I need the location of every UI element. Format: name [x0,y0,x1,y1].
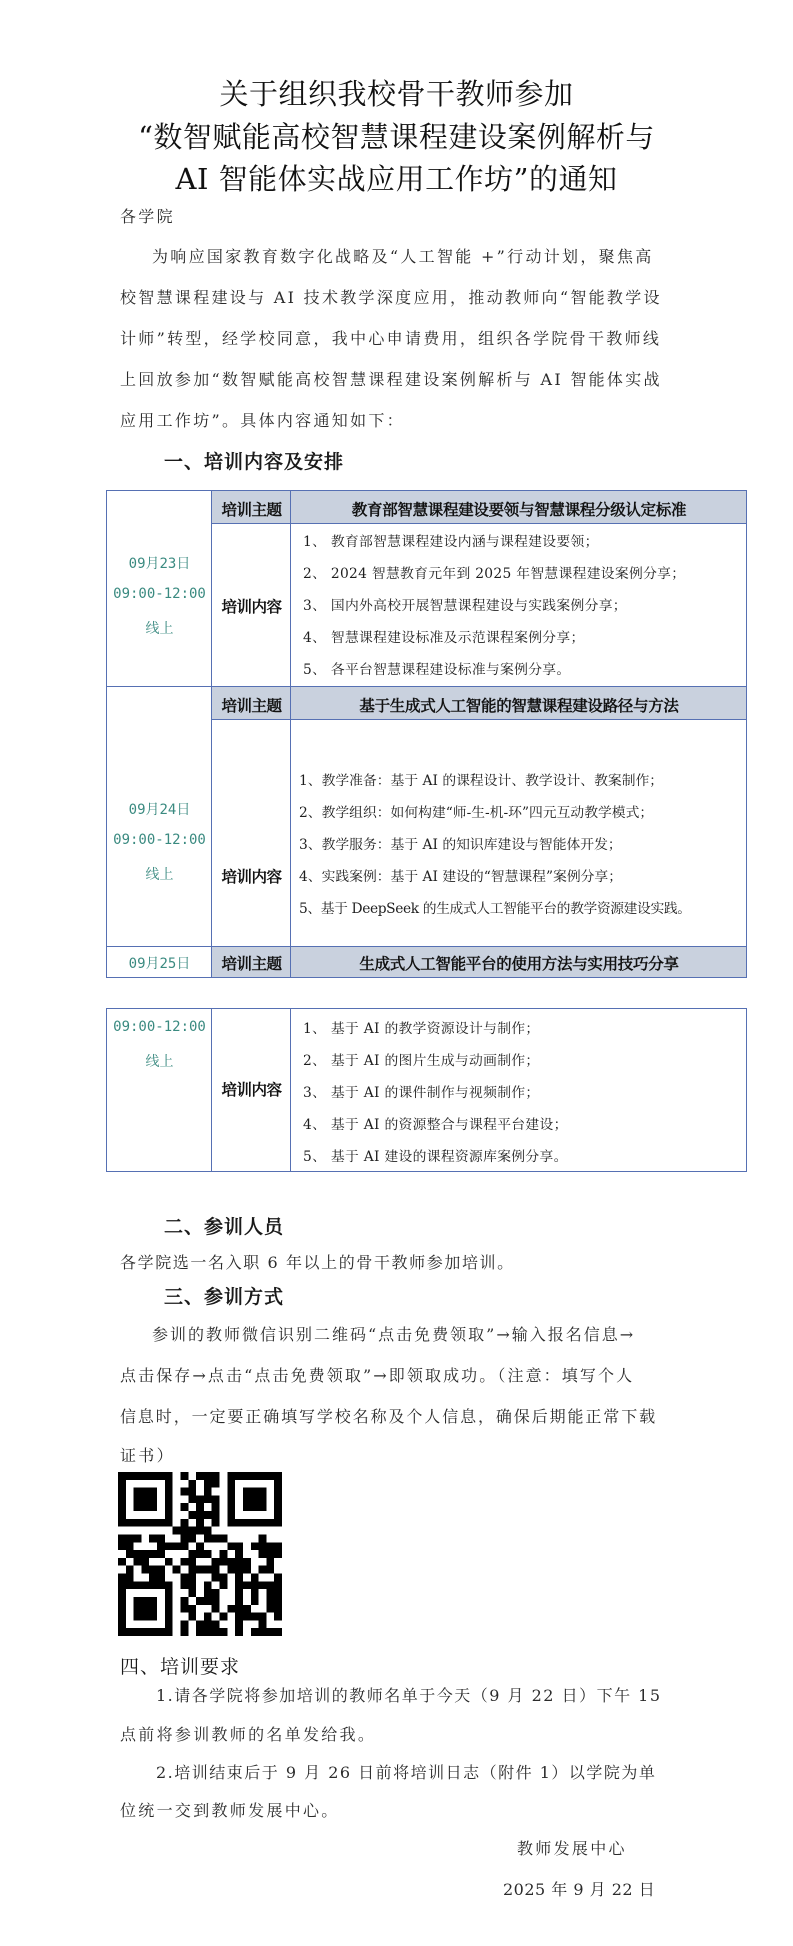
section3-heading: 三、参训方式 [164,1282,284,1309]
section1-heading: 一、培训内容及安排 [164,447,344,474]
session-time: 09:00-12:00 [107,832,212,848]
col-divider [290,491,292,686]
content-item: 2、教学组织：如何构建“师-生-机-环”四元互动教学模式； [299,801,653,821]
schedule-table: 培训主题 教育部智慧课程建设要领与智慧课程分级认定标准 09月23日 09:00… [106,490,747,978]
session-date: 09月25日 [107,953,212,973]
content-label: 培训内容 [212,595,291,617]
content-item: 5、 基于 AI 建设的课程资源库案例分享。 [303,1145,568,1165]
content-list: 1、教学准备：基于 AI 的课程设计、教学设计、教案制作； 2、教学组织：如何构… [299,769,744,919]
session-topic: 生成式人工智能平台的使用方法与实用技巧分享 [292,952,746,974]
content-item: 2、 2024 智慧教育元年到 2025 年智慧课程建设案例分享； [303,562,685,582]
section3-line: 信息时，一定要正确填写学校名称及个人信息，确保后期能正常下载 [120,1404,657,1427]
qr-code-icon[interactable] [117,1472,283,1636]
intro-line: 校智慧课程建设与 AI 技术教学深度应用，推动教师向“智能教学设 [120,285,662,308]
title-line-1: 关于组织我校骨干教师参加 [0,72,793,113]
content-item: 3、 国内外高校开展智慧课程建设与实践案例分享； [303,594,627,614]
section4-line: 点前将参训教师的名单发给我。 [120,1722,376,1745]
content-item: 3、教学服务：基于 AI 的知识库建设与智能体开发； [299,833,622,853]
content-list: 1、 教育部智慧课程建设内涵与课程建设要领； 2、 2024 智慧教育元年到 2… [303,530,743,680]
content-item: 1、 教育部智慧课程建设内涵与课程建设要领； [303,530,599,550]
schedule-table-continued: 09:00-12:00 线上 培训内容 1、 基于 AI 的教学资源设计与制作；… [106,1008,747,1172]
section3-line: 参训的教师微信识别二维码“点击免费领取”→输入报名信息→ [152,1322,635,1345]
title-line-2: “数智赋能高校智慧课程建设案例解析与 [0,115,793,156]
content-item: 3、 基于 AI 的课件制作与视频制作； [303,1081,540,1101]
content-item: 4、 智慧课程建设标准及示范课程案例分享； [303,626,585,646]
section2-heading: 二、参训人员 [164,1212,284,1239]
intro-line: 为响应国家教育数字化战略及“人工智能 +”行动计划，聚焦高 [152,244,654,267]
content-list: 1、 基于 AI 的教学资源设计与制作； 2、 基于 AI 的图片生成与动画制作… [303,1017,743,1167]
content-item: 5、基于 DeepSeek 的生成式人工智能平台的教学资源建设实践。 [299,897,691,917]
session-mode: 线上 [107,864,212,884]
intro-line: 计师”转型，经学校同意，我中心申请费用，组织各学院骨干教师线 [120,326,661,349]
section4-line: 1.请各学院将参加培训的教师名单于今天（9 月 22 日）下午 15 [156,1683,662,1706]
session-mode: 线上 [107,618,212,638]
intro-line: 上回放参加“数智赋能高校智慧课程建设案例解析与 AI 智能体实战 [120,367,662,390]
session-time: 09:00-12:00 [107,586,212,602]
content-item: 4、实践案例：基于 AI 建设的“智慧课程”案例分享； [299,865,622,885]
title-line-3: AI 智能体实战应用工作坊”的通知 [0,157,793,198]
session-date: 09月24日 [107,799,212,819]
topic-label: 培训主题 [212,952,291,974]
content-item: 2、 基于 AI 的图片生成与动画制作； [303,1049,540,1069]
content-item: 1、教学准备：基于 AI 的课程设计、教学设计、教案制作； [299,769,663,789]
content-label: 培训内容 [212,865,291,887]
session-time: 09:00-12:00 [107,1019,212,1035]
session-mode: 线上 [107,1051,212,1071]
content-item: 4、 基于 AI 的资源整合与课程平台建设； [303,1113,568,1133]
section4-line: 位统一交到教师发展中心。 [120,1798,340,1821]
salutation: 各学院 [120,204,175,227]
section4-line: 2.培训结束后于 9 月 26 日前将培训日志（附件 1）以学院为单 [156,1760,656,1783]
session-topic: 基于生成式人工智能的智慧课程建设路径与方法 [292,694,746,716]
section4-heading: 四、培训要求 [120,1652,240,1679]
section2-text: 各学院选一名入职 6 年以上的骨干教师参加培训。 [120,1250,515,1273]
signature-org: 教师发展中心 [517,1836,627,1859]
topic-label: 培训主题 [212,498,291,520]
content-item: 1、 基于 AI 的教学资源设计与制作； [303,1017,540,1037]
col-divider [290,687,292,946]
intro-line: 应用工作坊”。具体内容通知如下： [120,408,405,431]
section3-line: 证书） [120,1443,175,1466]
session-topic: 教育部智慧课程建设要领与智慧课程分级认定标准 [292,498,746,520]
signature-date: 2025 年 9 月 22 日 [503,1877,655,1900]
section3-line: 点击保存→点击“点击免费领取”→即领取成功。（注意：填写个人 [120,1363,634,1386]
content-label: 培训内容 [212,1078,291,1100]
session-date: 09月23日 [107,553,212,573]
content-item: 5、 各平台智慧课程建设标准与案例分享。 [303,658,571,678]
topic-label: 培训主题 [212,694,291,716]
